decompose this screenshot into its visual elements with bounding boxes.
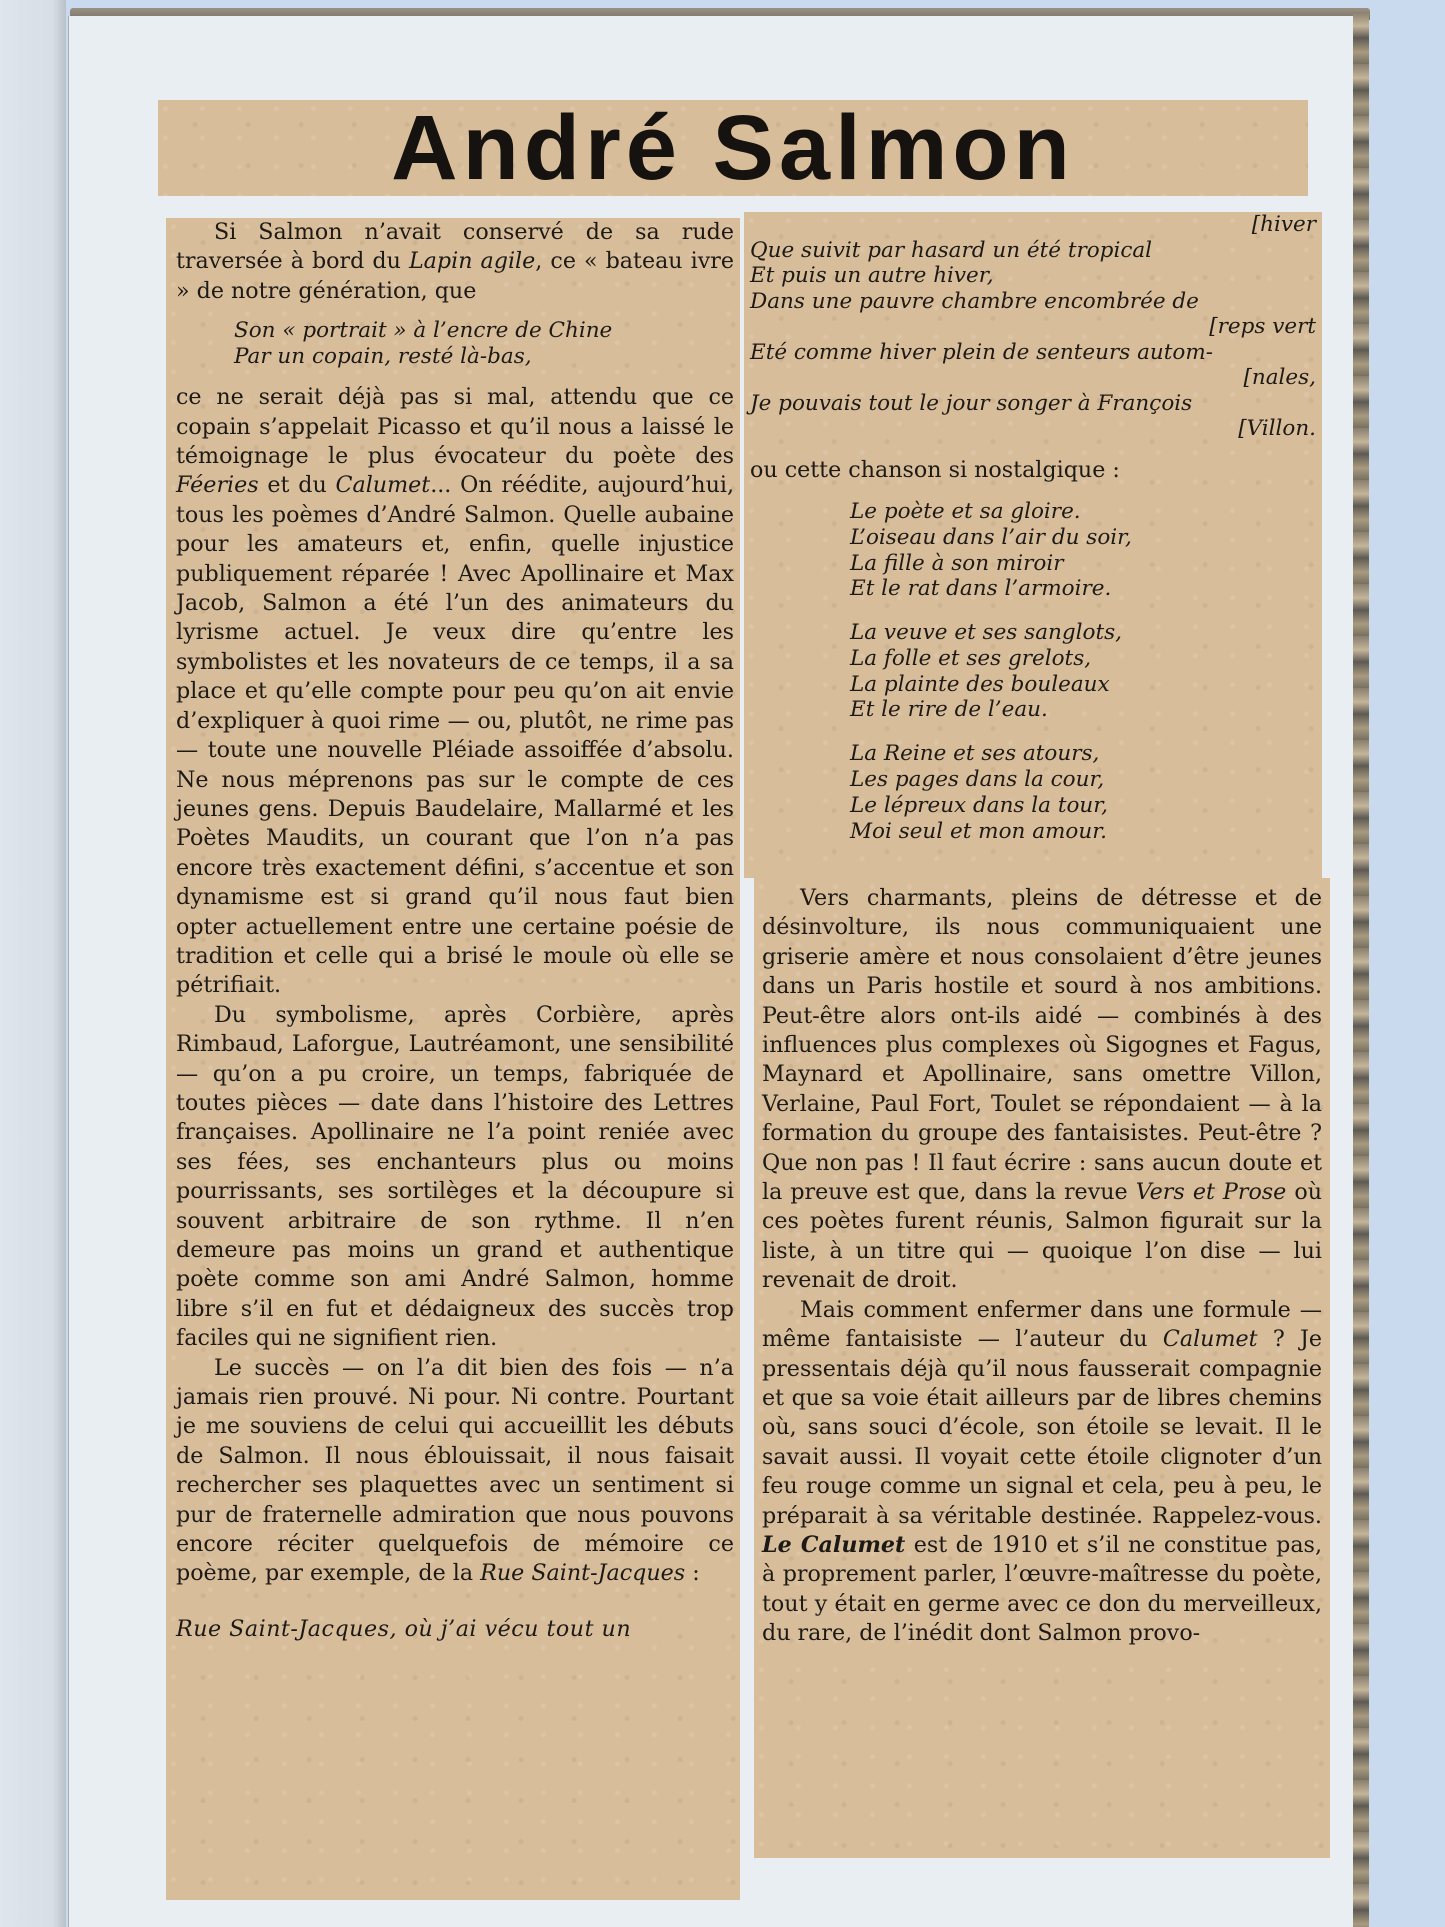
paragraph-4: Le succès — on l’a dit bien des fois — n… — [176, 1354, 734, 1589]
stanza-line: La plainte des bouleaux — [850, 672, 1316, 698]
stanza-line: La veuve et ses sanglots, — [850, 620, 1316, 646]
verse-line: [Villon. — [750, 416, 1316, 442]
paragraph-1: Si Salmon n’avait conservé de sa rude tr… — [176, 218, 734, 306]
paragraph-3: Du symbolisme, après Corbière, après Rim… — [176, 1001, 734, 1354]
verse-line: [nales, — [750, 365, 1316, 391]
stanza-line: L’oiseau dans l’air du soir, — [850, 525, 1316, 551]
stanza: La veuve et ses sanglots,La folle et ses… — [750, 620, 1316, 723]
stanza-line: Et le rat dans l’armoire. — [850, 576, 1316, 602]
song-intro: ou cette chanson si nostalgique : — [750, 456, 1316, 485]
stanza-line: Les pages dans la cour, — [850, 767, 1316, 793]
verse-portrait: Son « portrait » à l’encre de Chine Par … — [176, 318, 734, 369]
verse-line: Je pouvais tout le jour songer à Françoi… — [750, 391, 1316, 417]
article-column-left: Si Salmon n’avait conservé de sa rude tr… — [166, 218, 740, 1900]
verse-rue-saint-jacques: [hiverQue suivit par hasard un été tropi… — [750, 212, 1316, 442]
paragraph-6: Mais comment enfermer dans une formule —… — [762, 1296, 1322, 1649]
verse-line: Et puis un autre hiver, — [750, 263, 1316, 289]
stanza: Le poète et sa gloire.L’oiseau dans l’ai… — [750, 499, 1316, 602]
marbled-cover-edge — [1353, 12, 1369, 1927]
verse-line: Dans une pauvre chambre encombrée de — [750, 289, 1316, 315]
stanza-line: Et le rire de l’eau. — [850, 697, 1316, 723]
article-title: André Salmon — [391, 102, 1075, 194]
paragraph-2: ce ne serait déjà pas si mal, attendu qu… — [176, 383, 734, 1001]
stanza: La Reine et ses atours,Les pages dans la… — [750, 741, 1316, 844]
stanza-line: La Reine et ses atours, — [850, 741, 1316, 767]
paragraph-5: Vers charmants, pleins de détresse et de… — [762, 884, 1322, 1296]
verse-line: [reps vert — [750, 314, 1316, 340]
stanza-line: La fille à son miroir — [850, 551, 1316, 577]
verse-line: [hiver — [750, 212, 1316, 238]
article-column-right-verse: [hiverQue suivit par hasard un été tropi… — [744, 212, 1322, 878]
verse-line: Eté comme hiver plein de senteurs autom- — [750, 340, 1316, 366]
stanza-line: La folle et ses grelots, — [850, 646, 1316, 672]
stanza-line: Le lépreux dans la tour, — [850, 793, 1316, 819]
verse-rue-saint-jacques-start: Rue Saint-Jacques, où j’ai vécu tout un — [176, 1615, 734, 1644]
verse-line: Que suivit par hasard un été tropical — [750, 238, 1316, 264]
song-stanzas: Le poète et sa gloire.L’oiseau dans l’ai… — [750, 499, 1316, 845]
stanza-line: Moi seul et mon amour. — [850, 819, 1316, 845]
facing-page — [0, 0, 66, 1927]
stanza-line: Le poète et sa gloire. — [850, 499, 1316, 525]
title-clipping: André Salmon — [158, 100, 1308, 196]
article-column-right-prose: Vers charmants, pleins de détresse et de… — [754, 878, 1330, 1858]
